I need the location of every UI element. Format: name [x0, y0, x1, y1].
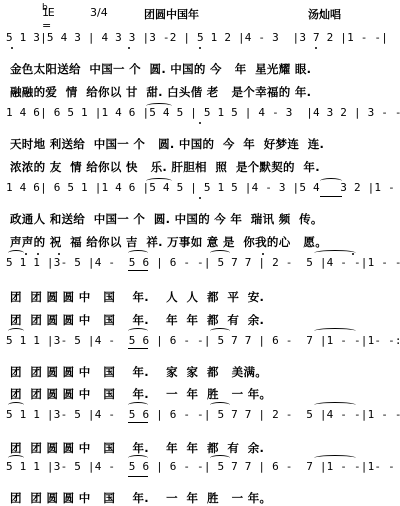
notation-row-6: 5 1 1 |3- 5 |4 - 5 6 | 6 - -| 5 7 7 | 2 …	[6, 408, 398, 428]
notation-row-2: 1 4 6| 6 5 1 |1 4 6 |5 4 5 | 5 1 5 | 4 -…	[6, 106, 398, 126]
slur-mark	[128, 455, 148, 461]
lyric-row-5a: 团 团 圆 圆 中 国 年. 家 家 都 美满。	[10, 364, 400, 382]
high-octave-dot	[352, 253, 354, 255]
song-title: 团圆中国年	[144, 6, 199, 22]
slur-mark	[8, 455, 24, 461]
lyric-row-4a: 团 团 圆 圆 中 国 年. 人 人 都 平 安.	[10, 289, 400, 307]
low-octave-dot	[199, 122, 201, 124]
lyric-row-7: 团 团 圆 圆 中 国 年. 一 年 胜 一 年。	[10, 490, 400, 506]
slur-mark	[314, 455, 356, 461]
high-octave-dot	[58, 253, 60, 255]
slur-mark	[128, 328, 148, 334]
lyric-row-1b: 融融的爱 情 给你以 甘 甜. 白头偕 老 是个幸福的 年.	[10, 84, 400, 102]
slur-mark	[210, 328, 230, 334]
slur-mark	[146, 103, 172, 109]
underline-mark	[320, 196, 342, 198]
key-signature: 1 = bE	[42, 6, 48, 19]
lyric-row-3a: 政通人 和送给 中国一 个 圆. 中国的 今 年 瑞讯 频 传。	[10, 211, 400, 229]
notation-row-7: 5 1 1 |3- 5 |4 - 5 6 | 6 - -| 5 7 7 | 6 …	[6, 460, 398, 480]
notation-row-1: 5 1 3|5 4 3 | 4 3 3 |3 -2 | 5 1 2 |4 - 3…	[6, 31, 398, 51]
score-header: 1 = bE 3/4 团圆中国年 汤灿唱	[0, 6, 400, 24]
singer-credit: 汤灿唱	[308, 6, 341, 22]
notation-row-5: 5 1 1 |3- 5 |4 - 5 6 | 6 - -| 5 7 7 | 6 …	[6, 334, 398, 354]
high-octave-dot	[37, 253, 39, 255]
underline-mark	[128, 348, 148, 350]
low-octave-dot	[315, 47, 317, 49]
underline-mark	[128, 270, 148, 272]
slur-mark	[314, 402, 356, 408]
slur-mark	[128, 402, 148, 408]
lyric-row-2b: 浓浓的 友 情 给你以 快 乐. 肝胆相 照 是个默契的 年.	[10, 159, 400, 177]
slur-mark	[320, 178, 342, 184]
key-note: E	[48, 6, 55, 19]
slur-mark	[314, 328, 356, 334]
low-octave-dot	[199, 47, 201, 49]
lyric-row-2a: 天时地 利送给 中国一 个 圆. 中国的 今 年 好梦连 连.	[10, 136, 400, 154]
underline-mark	[128, 422, 148, 424]
slur-mark	[8, 250, 24, 256]
lyric-row-1a: 金色太阳送给 中国一 个 圆. 中国的 今 年 星光耀 眼.	[10, 61, 400, 79]
low-octave-dot	[128, 47, 130, 49]
slur-mark	[8, 402, 24, 408]
slur-mark	[8, 328, 24, 334]
slur-mark	[314, 250, 356, 256]
slur-mark	[128, 250, 148, 256]
notation-row-4: 5 1 1 |3- 5 |4 - 5 6 | 6 - -| 5 7 7 | 2 …	[6, 256, 398, 276]
slur-mark	[210, 250, 230, 256]
slur-mark	[210, 455, 230, 461]
high-octave-dot	[25, 253, 27, 255]
low-octave-dot	[11, 47, 13, 49]
high-octave-dot	[262, 253, 264, 255]
slur-mark	[210, 402, 230, 408]
low-octave-dot	[199, 197, 201, 199]
slur-mark	[146, 178, 172, 184]
time-signature: 3/4	[90, 6, 108, 19]
notation-row-3: 1 4 6| 6 5 1 |1 4 6 |5 4 5 | 5 1 5 |4 - …	[6, 181, 398, 201]
underline-mark	[128, 476, 148, 478]
